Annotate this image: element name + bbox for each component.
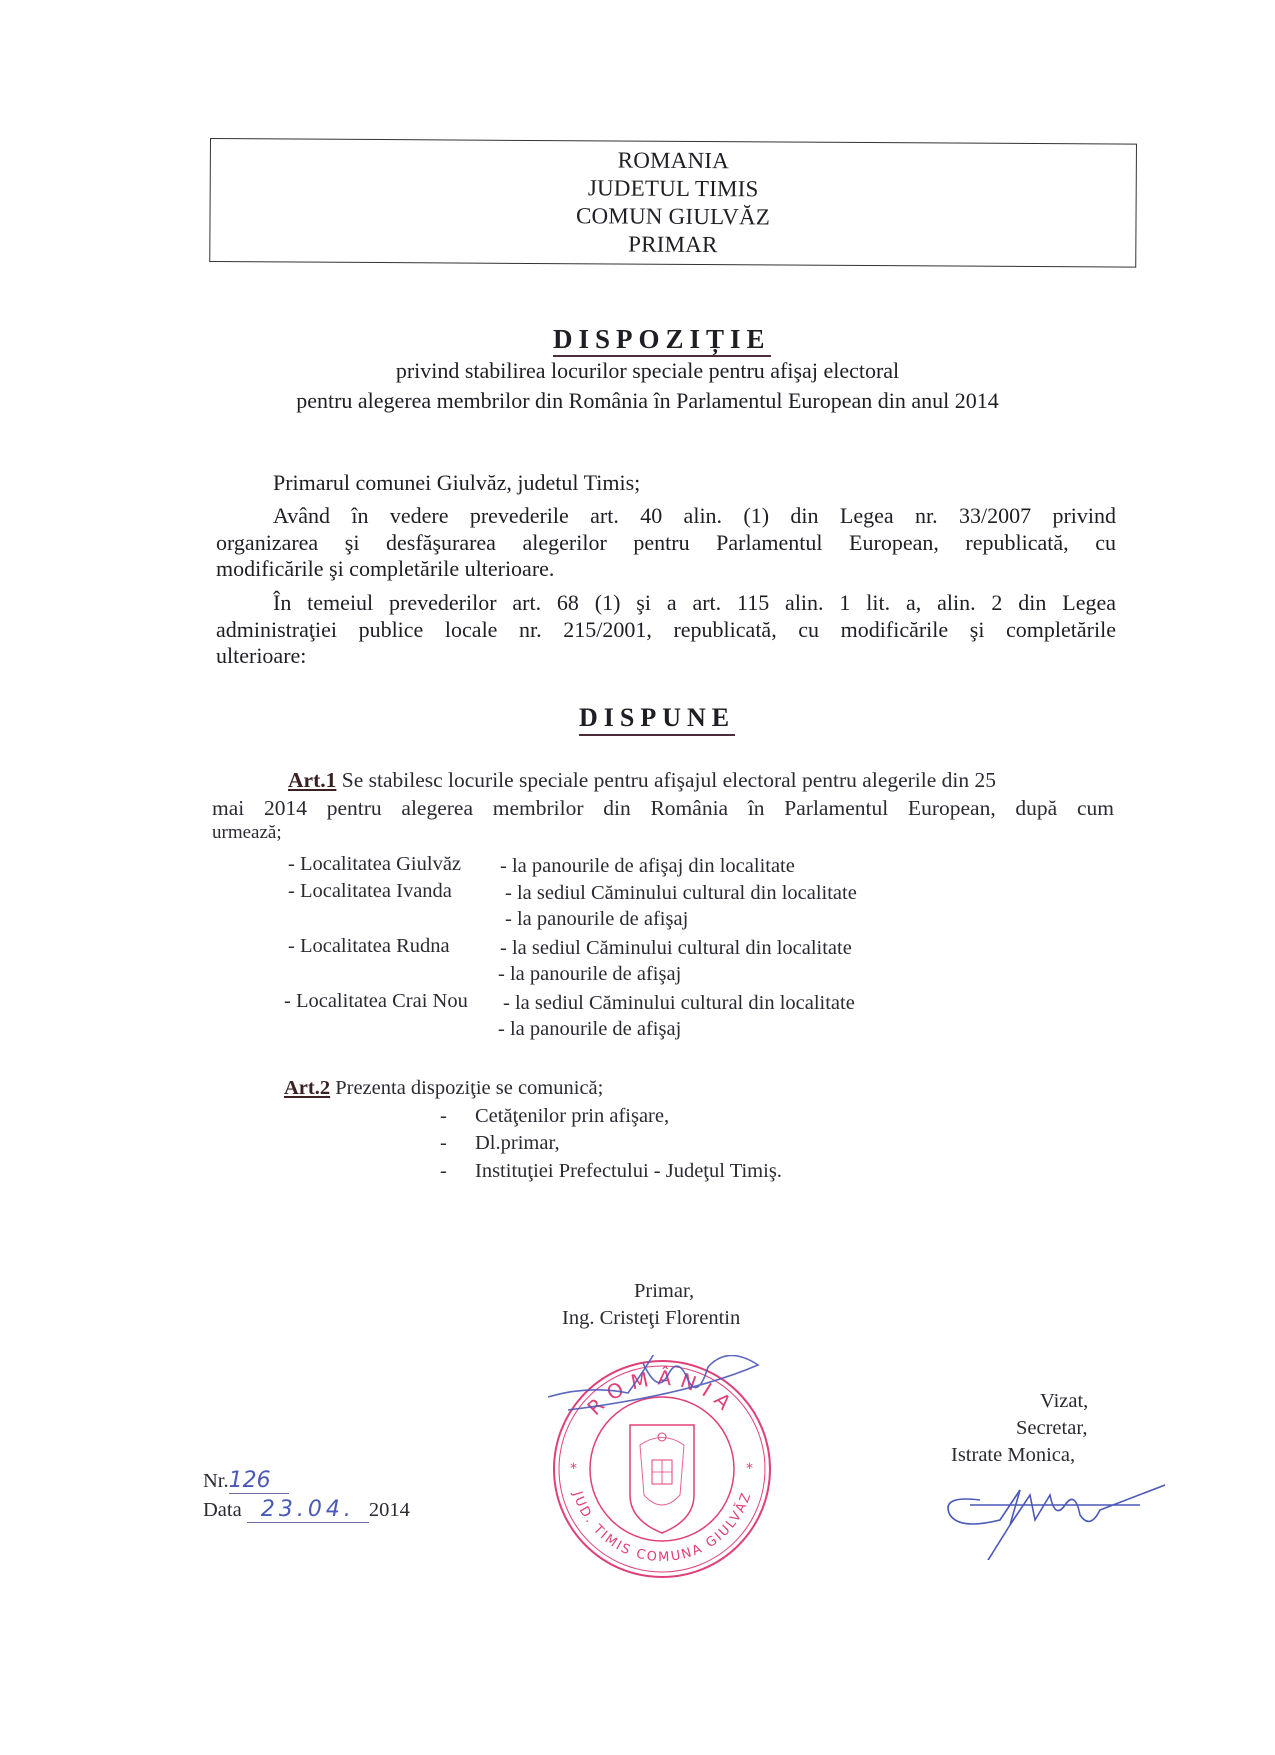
- art2-line: Art.2 Prezenta dispoziţie se comunică;: [284, 1077, 603, 1100]
- art1-line-2: mai 2014 pentru alegerea membrilor din R…: [212, 796, 1114, 821]
- svg-text:*: *: [570, 1461, 577, 1477]
- preamble-p2-line-1: Având în vedere prevederile art. 40 alin…: [273, 503, 1116, 529]
- location-place: - la sediul Căminului cultural din local…: [503, 992, 855, 1015]
- secretar-role: Secretar,: [1016, 1417, 1087, 1440]
- location-name: - Localitatea Ivanda: [288, 880, 452, 903]
- svg-text:ROMÂNIA: ROMÂNIA: [582, 1365, 741, 1419]
- secretar-vizat: Vizat,: [1040, 1390, 1088, 1413]
- secretar-signature-icon: [940, 1470, 1170, 1560]
- preamble-p2-line-3: modificările şi completările ulterioare.: [216, 556, 554, 582]
- header-office: PRIMAR: [210, 229, 1135, 261]
- subtitle-line-1: privind stabilirea locurilor speciale pe…: [10, 358, 1275, 384]
- subtitle-line-2: pentru alegerea membrilor din România în…: [10, 388, 1275, 414]
- location-place: - la panourile de afişaj din localitate: [500, 855, 795, 878]
- preamble-p3-line-2: administraţiei publice locale nr. 215/20…: [216, 617, 1116, 643]
- header-commune: COMUN GIULVĂZ: [210, 201, 1135, 233]
- svg-text:*: *: [746, 1461, 753, 1477]
- preamble-p2-line-2: organizarea şi desfăşurarea alegerilor p…: [216, 530, 1116, 556]
- preamble-p1: Primarul comunei Giulvăz, judetul Timis;: [273, 470, 640, 496]
- location-place: - la panourile de afişaj: [505, 908, 688, 931]
- primar-role: Primar,: [634, 1280, 694, 1303]
- recipient-dash: -: [440, 1132, 447, 1155]
- official-stamp-icon: ROMÂNIA JUD. TIMIS COMUNA GIULVĂZ * *: [548, 1355, 776, 1583]
- primar-name: Ing. Cristeţi Florentin: [562, 1307, 740, 1330]
- preamble-p3-line-3: ulterioare:: [216, 643, 306, 669]
- registry-number-value: 126: [229, 1468, 289, 1494]
- location-name: - Localitatea Rudna: [288, 935, 450, 958]
- art1-line-3: urmează;: [212, 822, 282, 844]
- registry-date-line: Data 23.04.2014: [203, 1497, 410, 1523]
- registry-number-line: Nr.126: [203, 1468, 289, 1494]
- header-county: JUDETUL TIMIS: [211, 173, 1136, 205]
- location-place: - la sediul Căminului cultural din local…: [500, 937, 852, 960]
- dispune-heading: DISPUNE: [579, 703, 735, 736]
- preamble-p3-line-1: În temeiul prevederilor art. 68 (1) şi a…: [273, 590, 1116, 616]
- recipient-dash: -: [440, 1105, 447, 1128]
- header-country: ROMANIA: [211, 145, 1136, 177]
- header-box: ROMANIA JUDETUL TIMIS COMUN GIULVĂZ PRIM…: [209, 138, 1137, 268]
- location-name: - Localitatea Crai Nou: [284, 990, 468, 1013]
- art1-label: Art.1: [288, 768, 336, 792]
- secretar-name: Istrate Monica,: [951, 1444, 1075, 1467]
- art2-label: Art.2: [284, 1077, 330, 1099]
- recipient-item: Dl.primar,: [475, 1132, 560, 1155]
- location-place: - la panourile de afişaj: [498, 1018, 681, 1041]
- document-title: DISPOZIȚIE: [553, 324, 771, 357]
- recipient-dash: -: [440, 1160, 447, 1183]
- registry-date-value: 23.04.: [247, 1497, 369, 1523]
- art1-line-1: Art.1 Se stabilesc locurile speciale pen…: [288, 768, 996, 793]
- location-place: - la sediul Căminului cultural din local…: [505, 882, 857, 905]
- location-name: - Localitatea Giulvăz: [288, 853, 461, 876]
- location-place: - la panourile de afişaj: [498, 963, 681, 986]
- recipient-item: Instituţiei Prefectului - Judeţul Timiş.: [475, 1160, 782, 1183]
- recipient-item: Cetăţenilor prin afişare,: [475, 1105, 669, 1128]
